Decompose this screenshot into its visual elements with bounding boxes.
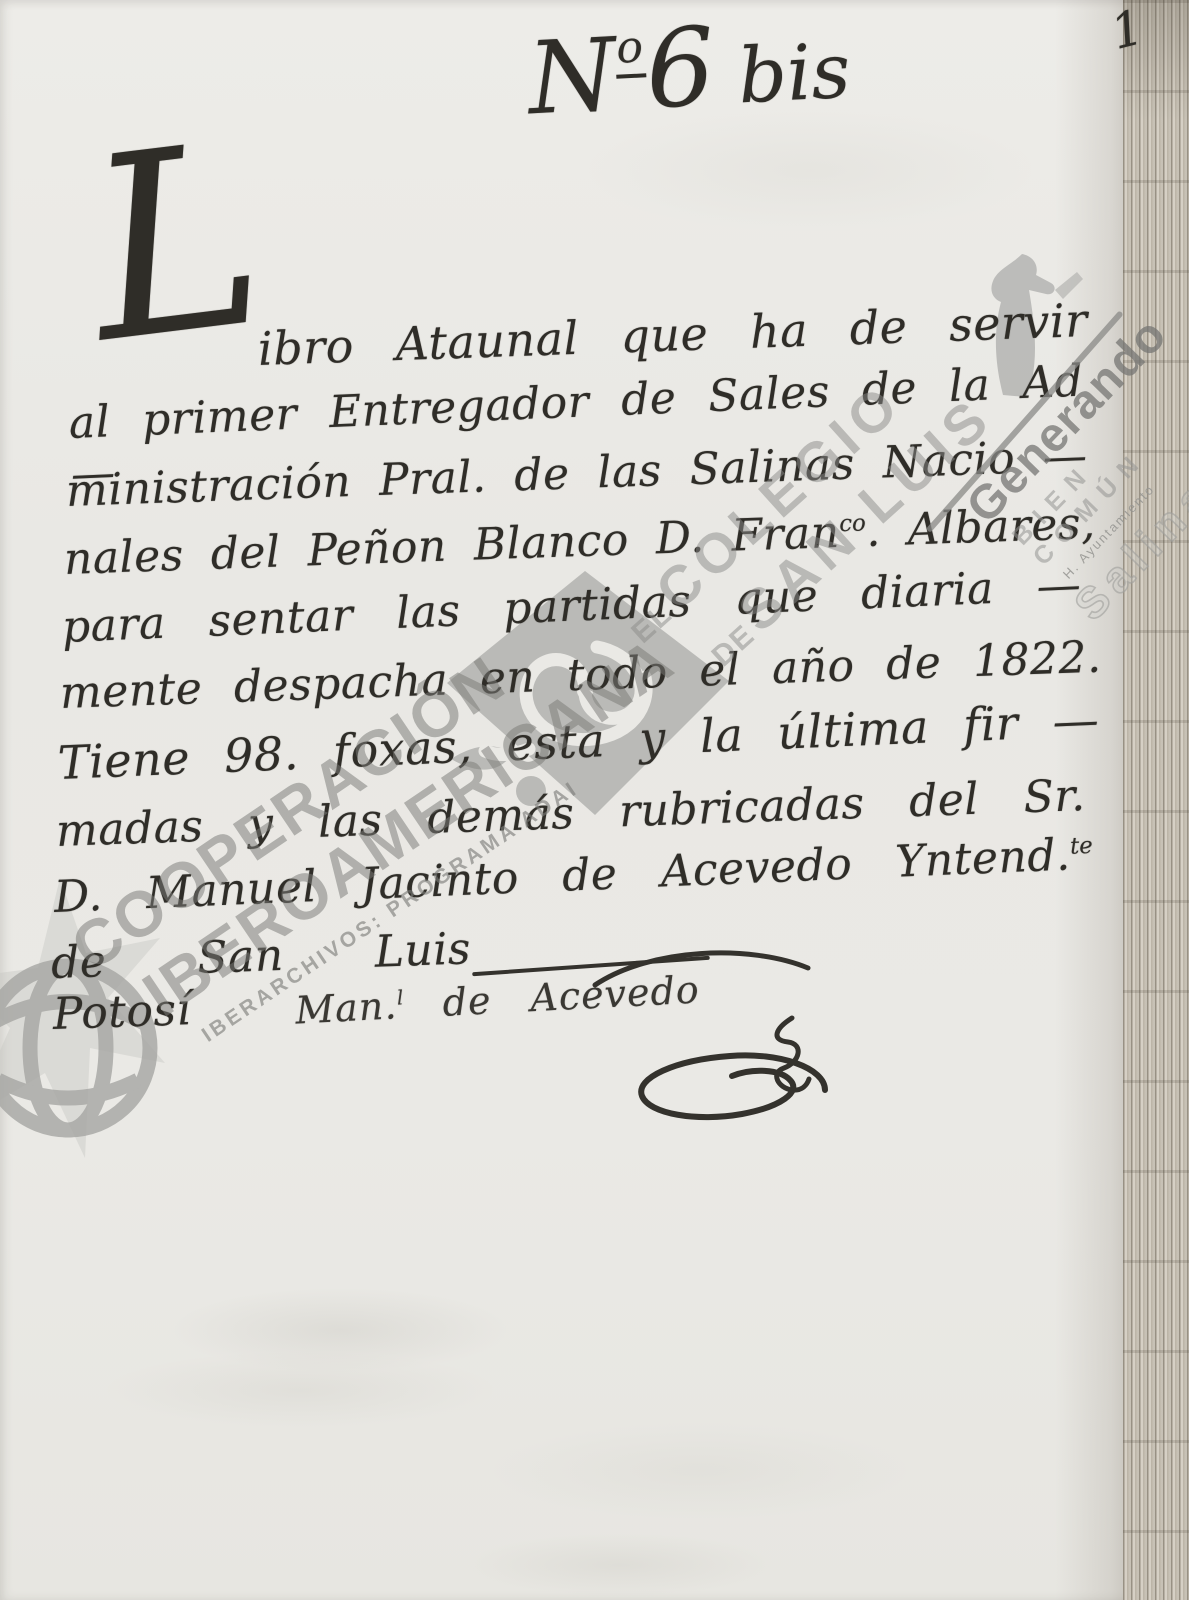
- document-number: 6: [643, 5, 722, 134]
- ornate-initial: L: [77, 109, 274, 380]
- binding-edge: [1123, 0, 1189, 1600]
- number-sign: N: [525, 16, 619, 137]
- line-9-superscript: te: [1069, 833, 1093, 860]
- number-sign-superscript: o: [613, 21, 646, 79]
- manuscript-page: No6 bis 1 L ibro Ataunal que ha de servi…: [0, 0, 1189, 1600]
- signature-name: Man.: [294, 983, 398, 1032]
- rubric-flourish-icon: [540, 930, 860, 1160]
- document-number-bis: bis: [736, 26, 852, 121]
- document-number-heading: No6 bis: [525, 0, 853, 139]
